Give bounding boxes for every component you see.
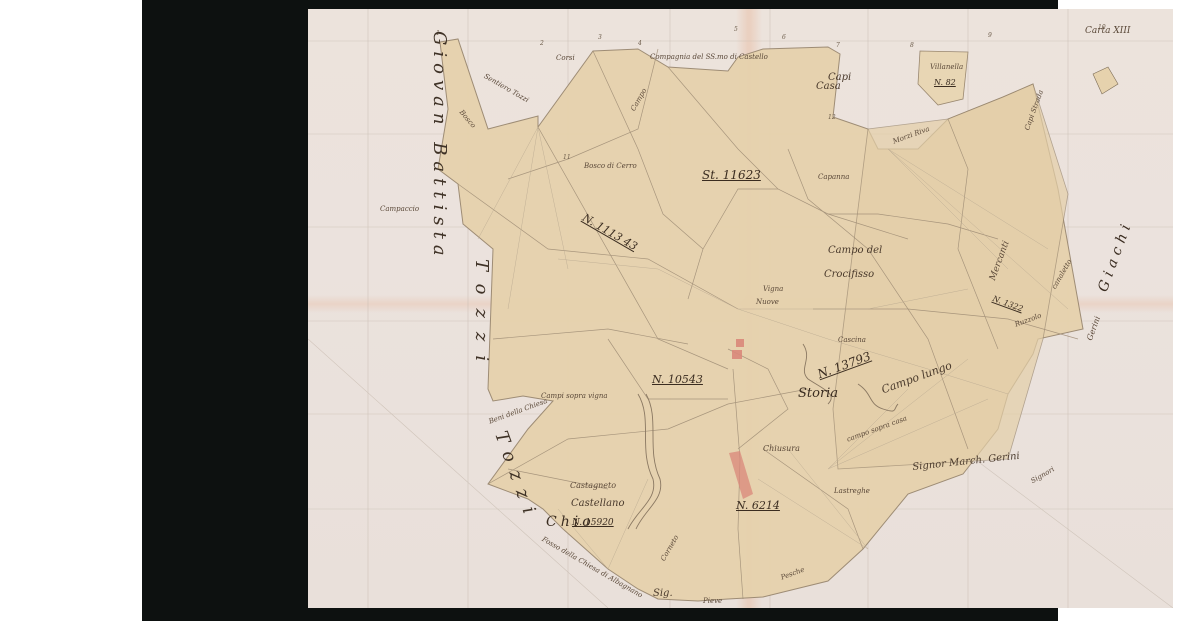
place-label: Lastreghe bbox=[834, 488, 870, 495]
place-label: Chiusura bbox=[763, 445, 800, 453]
place-label: Cascina bbox=[838, 337, 866, 344]
svg-text:5: 5 bbox=[734, 26, 738, 33]
svg-text:11: 11 bbox=[563, 154, 571, 161]
place-label: Sig. bbox=[653, 589, 673, 599]
map-frame: 123 456 789 101112 Carta XIII Giovan Bat… bbox=[142, 0, 1058, 621]
plot-number: St. 11623 bbox=[702, 169, 761, 181]
plot-number: N. 82 bbox=[934, 79, 956, 87]
place-label: Capanna bbox=[818, 174, 849, 181]
place-label: Castellano bbox=[571, 499, 625, 509]
place-label: Castagneto bbox=[570, 482, 616, 490]
sheet-label: Carta XIII bbox=[1085, 27, 1130, 36]
place-label: Storia bbox=[798, 387, 838, 400]
svg-text:7: 7 bbox=[836, 42, 840, 49]
svg-text:4: 4 bbox=[637, 40, 642, 47]
map-sheet: 123 456 789 101112 Carta XIII Giovan Bat… bbox=[308, 9, 1173, 608]
place-label: Compagnia del SS.mo di Castello bbox=[650, 54, 768, 61]
small-diamond-plot bbox=[1093, 67, 1118, 94]
svg-text:9: 9 bbox=[988, 32, 992, 39]
place-label: Pieve bbox=[703, 598, 722, 605]
place-label: Vigna bbox=[763, 286, 783, 293]
svg-text:8: 8 bbox=[910, 42, 914, 49]
border-name-west-mid: Tozzi bbox=[472, 259, 490, 375]
place-label: Crocifisso bbox=[824, 270, 874, 280]
border-name-west-top: Giovan Battista bbox=[430, 31, 448, 262]
place-label: Bosco di Cerro bbox=[584, 163, 637, 170]
plot-number: N. 10543 bbox=[652, 374, 703, 385]
place-label: Campaccio bbox=[380, 206, 419, 213]
svg-text:3: 3 bbox=[598, 34, 602, 41]
place-label: Casa bbox=[816, 82, 841, 92]
place-label: Chio bbox=[546, 515, 595, 529]
svg-text:12: 12 bbox=[828, 114, 836, 121]
svg-text:6: 6 bbox=[782, 34, 786, 41]
plot-number: N. 6214 bbox=[736, 500, 780, 511]
place-label: Corsi bbox=[556, 55, 575, 62]
place-label: Campi sopra vigna bbox=[541, 393, 608, 400]
place-label: Nuove bbox=[756, 299, 779, 306]
svg-text:2: 2 bbox=[539, 40, 544, 47]
place-label: Campo del bbox=[828, 246, 882, 256]
place-label: Villanella bbox=[930, 64, 963, 71]
